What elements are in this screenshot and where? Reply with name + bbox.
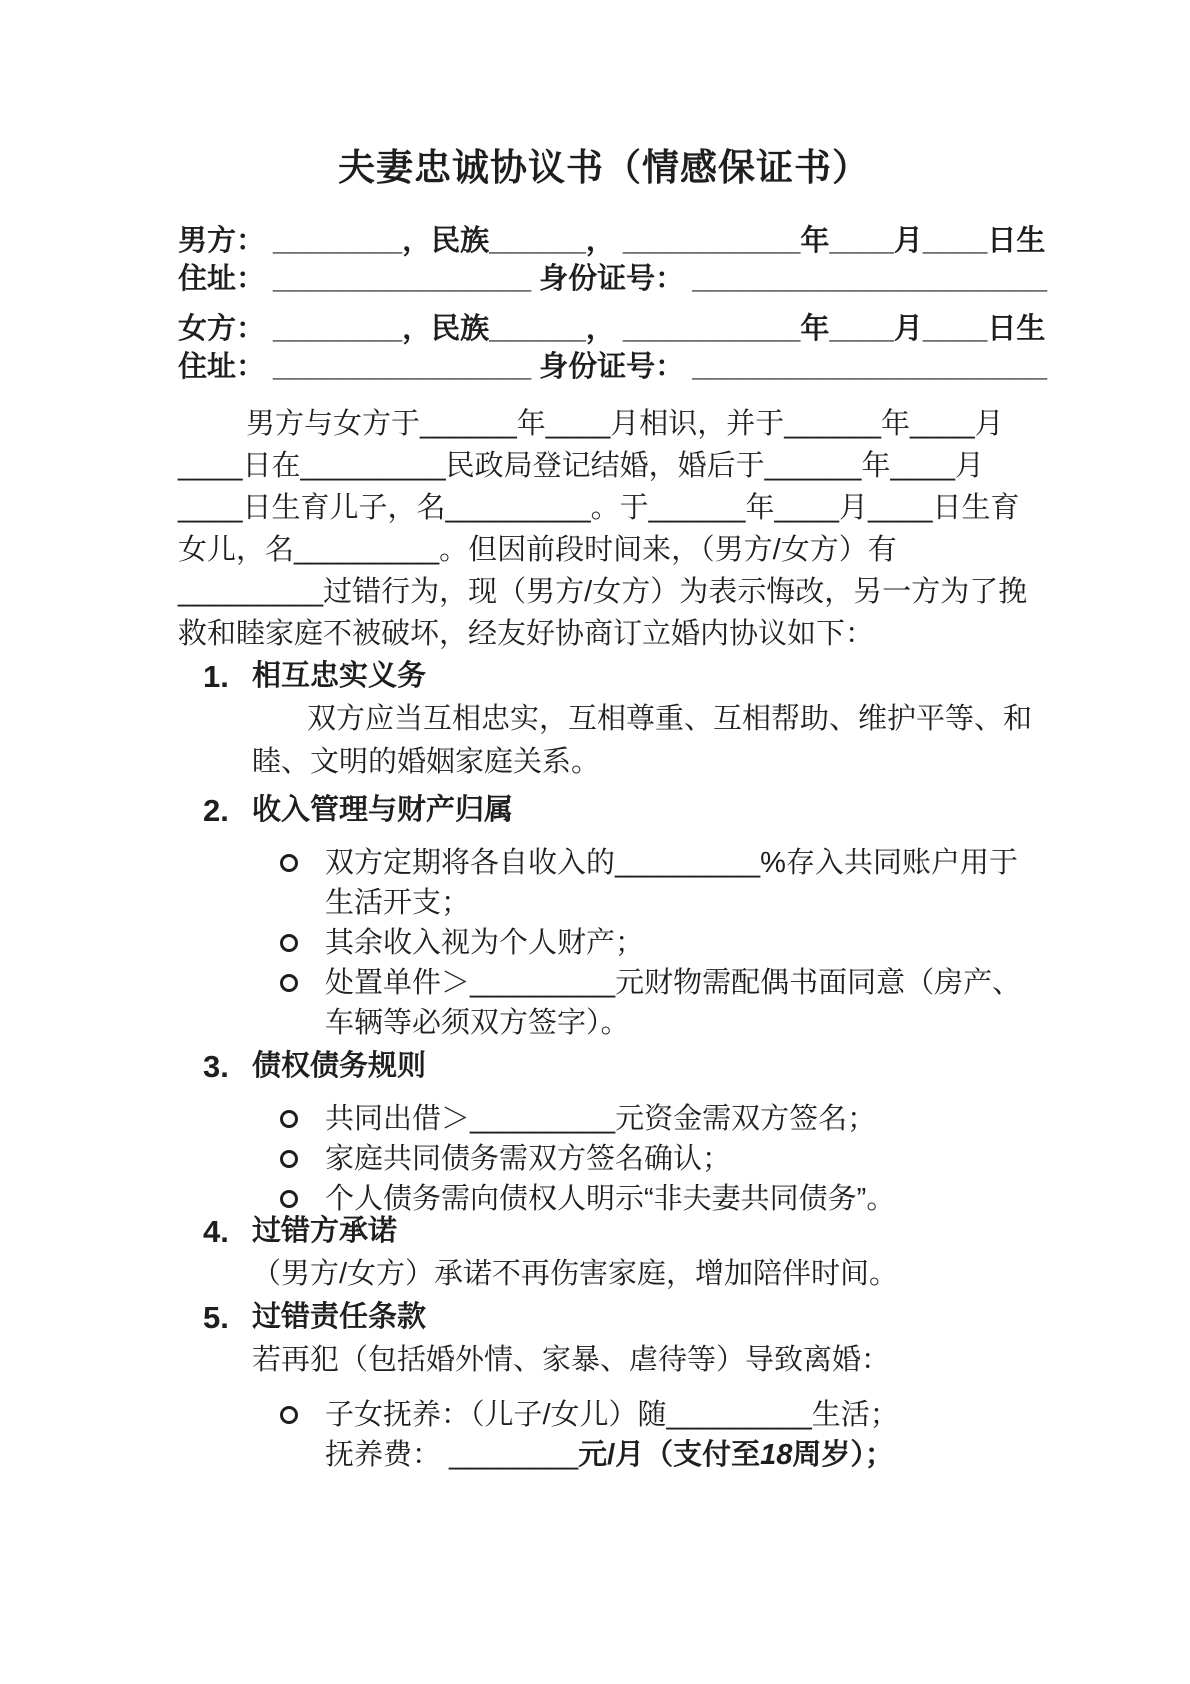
document-page: 夫妻忠诚协议书（情感保证书） 男方： ________，民族______， __…	[0, 0, 1190, 1684]
party-b-address-line: 住址： ________________ 身份证号： _____________…	[178, 348, 1030, 386]
bullet-text: 其余收入视为个人财产；	[325, 923, 1030, 963]
section-income-property: 2. 收入管理与财产归属 双方定期将各自收入的_________%存入共同账户用…	[178, 789, 1030, 1043]
bullet-text: 个人债务需向债权人明示“非夫妻共同债务”。	[325, 1179, 1030, 1219]
bullet-item: 子女抚养：（儿子/女儿）随_________生活； 抚养费： ________元…	[178, 1395, 1030, 1475]
bullet-item: 家庭共同债务需双方签名确认；	[178, 1139, 1030, 1179]
bullet-circle-icon	[280, 1099, 325, 1139]
bullet-text-line: 车辆等必须双方签字）。	[325, 1003, 1030, 1043]
section-number: 5.	[203, 1296, 252, 1339]
bullet-list: 共同出借＞_________元资金需双方签名； 家庭共同债务需双方签名确认； 个…	[178, 1099, 1030, 1219]
section-title: 过错方承诺	[252, 1210, 397, 1253]
bullet-text-line: 其余收入视为个人财产；	[325, 923, 1030, 963]
bullet-item: 共同出借＞_________元资金需双方签名；	[178, 1099, 1030, 1139]
fee-line-age: 18	[760, 1439, 792, 1471]
section-body-line: （男方/女方）承诺不再伤害家庭，增加陪伴时间。	[252, 1253, 1030, 1296]
section-title: 过错责任条款	[252, 1296, 426, 1339]
bullet-circle-icon	[280, 843, 325, 923]
section-number: 2.	[203, 789, 252, 832]
parties-block: 男方： ________，民族______， ___________年____月…	[178, 222, 1030, 386]
party-b-info-line: 女方： ________，民族______， ___________年____月…	[178, 310, 1030, 348]
section-number: 4.	[203, 1210, 252, 1253]
bullet-text: 处置单件＞_________元财物需配偶书面同意（房产、 车辆等必须双方签字）。	[325, 963, 1030, 1043]
intro-line: 救和睦家庭不被破坏，经友好协商订立婚内协议如下：	[178, 613, 1030, 655]
child-support-fee-line: 抚养费： ________元/月（支付至18周岁）；	[325, 1435, 1030, 1475]
bullet-circle-icon	[280, 1139, 325, 1179]
intro-line: ____日生育儿子，名_________。于______年____月____日生…	[178, 487, 1030, 529]
bullet-item: 处置单件＞_________元财物需配偶书面同意（房产、 车辆等必须双方签字）。	[178, 963, 1030, 1043]
bullet-text-line: 处置单件＞_________元财物需配偶书面同意（房产、	[325, 963, 1030, 1003]
bullet-text-line: 生活开支；	[325, 883, 1030, 923]
intro-line: 女儿，名_________。但因前段时间来，（男方/女方）有	[178, 529, 1030, 571]
section-heading: 5. 过错责任条款	[178, 1296, 1030, 1339]
bullet-text: 子女抚养：（儿子/女儿）随_________生活； 抚养费： ________元…	[325, 1395, 1030, 1475]
section-heading: 1. 相互忠实义务	[178, 655, 1030, 698]
bullet-text: 家庭共同债务需双方签名确认；	[325, 1139, 1030, 1179]
bullet-item: 其余收入视为个人财产；	[178, 923, 1030, 963]
section-title: 相互忠实义务	[252, 655, 426, 698]
section-title: 收入管理与财产归属	[252, 789, 513, 832]
section-title: 债权债务规则	[252, 1045, 426, 1088]
section-number: 3.	[203, 1045, 252, 1088]
bullet-list: 双方定期将各自收入的_________%存入共同账户用于 生活开支； 其余收入视…	[178, 843, 1030, 1043]
intro-paragraph: 男方与女方于______年____月相识，并于______年____月 ____…	[178, 403, 1030, 655]
party-a-info-line: 男方： ________，民族______， ___________年____月…	[178, 222, 1030, 260]
section-heading: 3. 债权债务规则	[178, 1045, 1030, 1088]
bullet-text-line: 家庭共同债务需双方签名确认；	[325, 1139, 1030, 1179]
section-body: 若再犯（包括婚外情、家暴、虐待等）导致离婚：	[252, 1339, 1030, 1382]
bullet-text-line: 共同出借＞_________元资金需双方签名；	[325, 1099, 1030, 1139]
document-title: 夫妻忠诚协议书（情感保证书）	[178, 146, 1030, 190]
section-mutual-fidelity: 1. 相互忠实义务 双方应当互相忠实，互相尊重、互相帮助、维护平等、和 睦、文明…	[178, 655, 1030, 784]
party-a-address-line: 住址： ________________ 身份证号： _____________…	[178, 260, 1030, 298]
intro-line: _________过错行为，现（男方/女方）为表示悔改，另一方为了挽	[178, 571, 1030, 613]
section-body-line: 若再犯（包括婚外情、家暴、虐待等）导致离婚：	[252, 1339, 1030, 1382]
section-body: 双方应当互相忠实，互相尊重、互相帮助、维护平等、和 睦、文明的婚姻家庭关系。	[252, 698, 1030, 784]
document-content: 夫妻忠诚协议书（情感保证书） 男方： ________，民族______， __…	[178, 0, 1030, 1475]
section-body-line: 双方应当互相忠实，互相尊重、互相帮助、维护平等、和	[252, 698, 1030, 741]
fee-line-bold: 元/月（支付至	[578, 1439, 760, 1471]
section-fault-promise: 4. 过错方承诺 （男方/女方）承诺不再伤害家庭，增加陪伴时间。	[178, 1210, 1030, 1296]
section-body-line: 睦、文明的婚姻家庭关系。	[252, 741, 1030, 784]
clauses-list: 1. 相互忠实义务 双方应当互相忠实，互相尊重、互相帮助、维护平等、和 睦、文明…	[178, 655, 1030, 1475]
bullet-text-line: 个人债务需向债权人明示“非夫妻共同债务”。	[325, 1179, 1030, 1219]
bullet-circle-icon	[280, 1395, 325, 1475]
bullet-text-line: 子女抚养：（儿子/女儿）随_________生活；	[325, 1395, 1030, 1435]
section-fault-liability: 5. 过错责任条款 若再犯（包括婚外情、家暴、虐待等）导致离婚： 子女抚养：（儿…	[178, 1296, 1030, 1475]
bullet-text-line: 双方定期将各自收入的_________%存入共同账户用于	[325, 843, 1030, 883]
section-body: （男方/女方）承诺不再伤害家庭，增加陪伴时间。	[252, 1253, 1030, 1296]
bullet-circle-icon	[280, 963, 325, 1043]
section-number: 1.	[203, 655, 252, 698]
bullet-item: 双方定期将各自收入的_________%存入共同账户用于 生活开支；	[178, 843, 1030, 923]
bullet-list: 子女抚养：（儿子/女儿）随_________生活； 抚养费： ________元…	[178, 1395, 1030, 1475]
section-heading: 2. 收入管理与财产归属	[178, 789, 1030, 832]
intro-line: 男方与女方于______年____月相识，并于______年____月	[178, 403, 1030, 445]
bullet-circle-icon	[280, 923, 325, 963]
fee-line-bold: 周岁）；	[792, 1439, 894, 1471]
bullet-text: 双方定期将各自收入的_________%存入共同账户用于 生活开支；	[325, 843, 1030, 923]
fee-line-normal: 抚养费： ________	[325, 1439, 578, 1471]
bullet-text: 共同出借＞_________元资金需双方签名；	[325, 1099, 1030, 1139]
section-debt-rules: 3. 债权债务规则 共同出借＞_________元资金需双方签名； 家庭共同债务…	[178, 1045, 1030, 1219]
intro-line: ____日在_________民政局登记结婚，婚后于______年____月	[178, 445, 1030, 487]
